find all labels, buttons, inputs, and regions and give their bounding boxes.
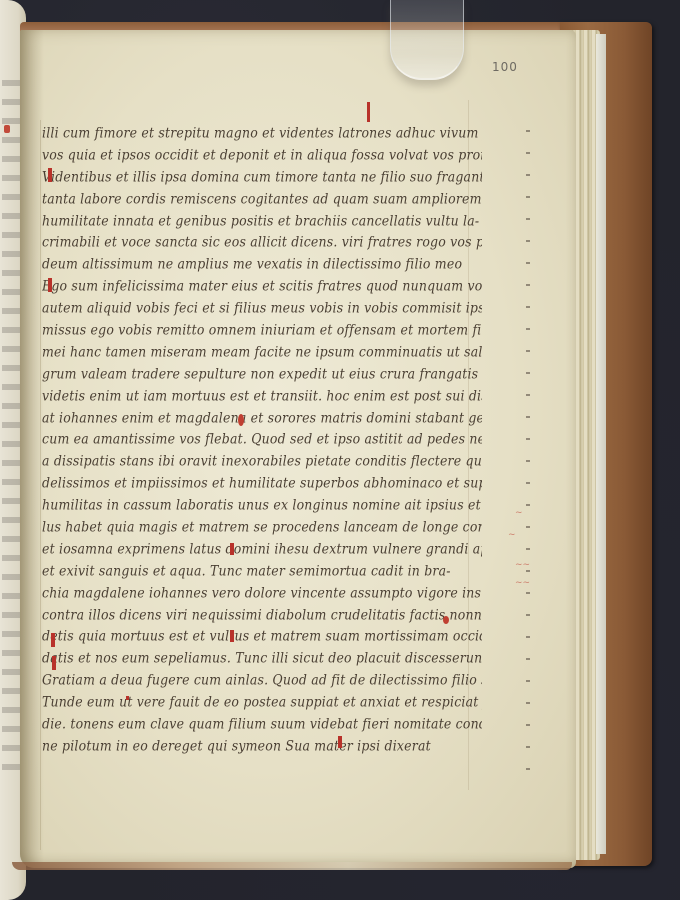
frayed-bottom-edge <box>12 862 572 870</box>
recto-page: 100 illi cum fimore et strepitu magno et… <box>20 30 576 868</box>
rubric-initial <box>230 543 234 555</box>
glass-page-weight <box>390 0 464 80</box>
rubric-initial <box>238 414 244 426</box>
fore-edge-white-leaf <box>596 34 606 854</box>
rubric-initial <box>230 630 234 642</box>
pricking-marks <box>526 130 530 780</box>
rubric-initial <box>443 616 449 624</box>
rubric-initial <box>51 633 55 647</box>
folio-number: 100 <box>492 60 518 74</box>
verso-text-glimpse <box>2 80 22 780</box>
marginal-note: ~~ <box>515 560 530 570</box>
rubric-initial <box>48 278 52 292</box>
marginal-note: ~ <box>508 530 516 540</box>
manuscript-text-block: illi cum fimore et strepitu magno et vid… <box>42 122 482 757</box>
left-ruling-line <box>40 120 41 850</box>
marginal-note: ~~ <box>515 578 530 588</box>
verso-rubric-mark <box>4 125 10 133</box>
rubric-initial <box>367 102 370 122</box>
rubric-initial <box>338 736 342 748</box>
text-line: ne pilotum in eo dereget qui symeon Sua … <box>42 733 482 758</box>
rubric-initial <box>48 168 52 182</box>
rubric-initial <box>52 656 56 670</box>
marginal-note: ~ <box>515 508 523 518</box>
rubric-initial <box>126 696 129 700</box>
